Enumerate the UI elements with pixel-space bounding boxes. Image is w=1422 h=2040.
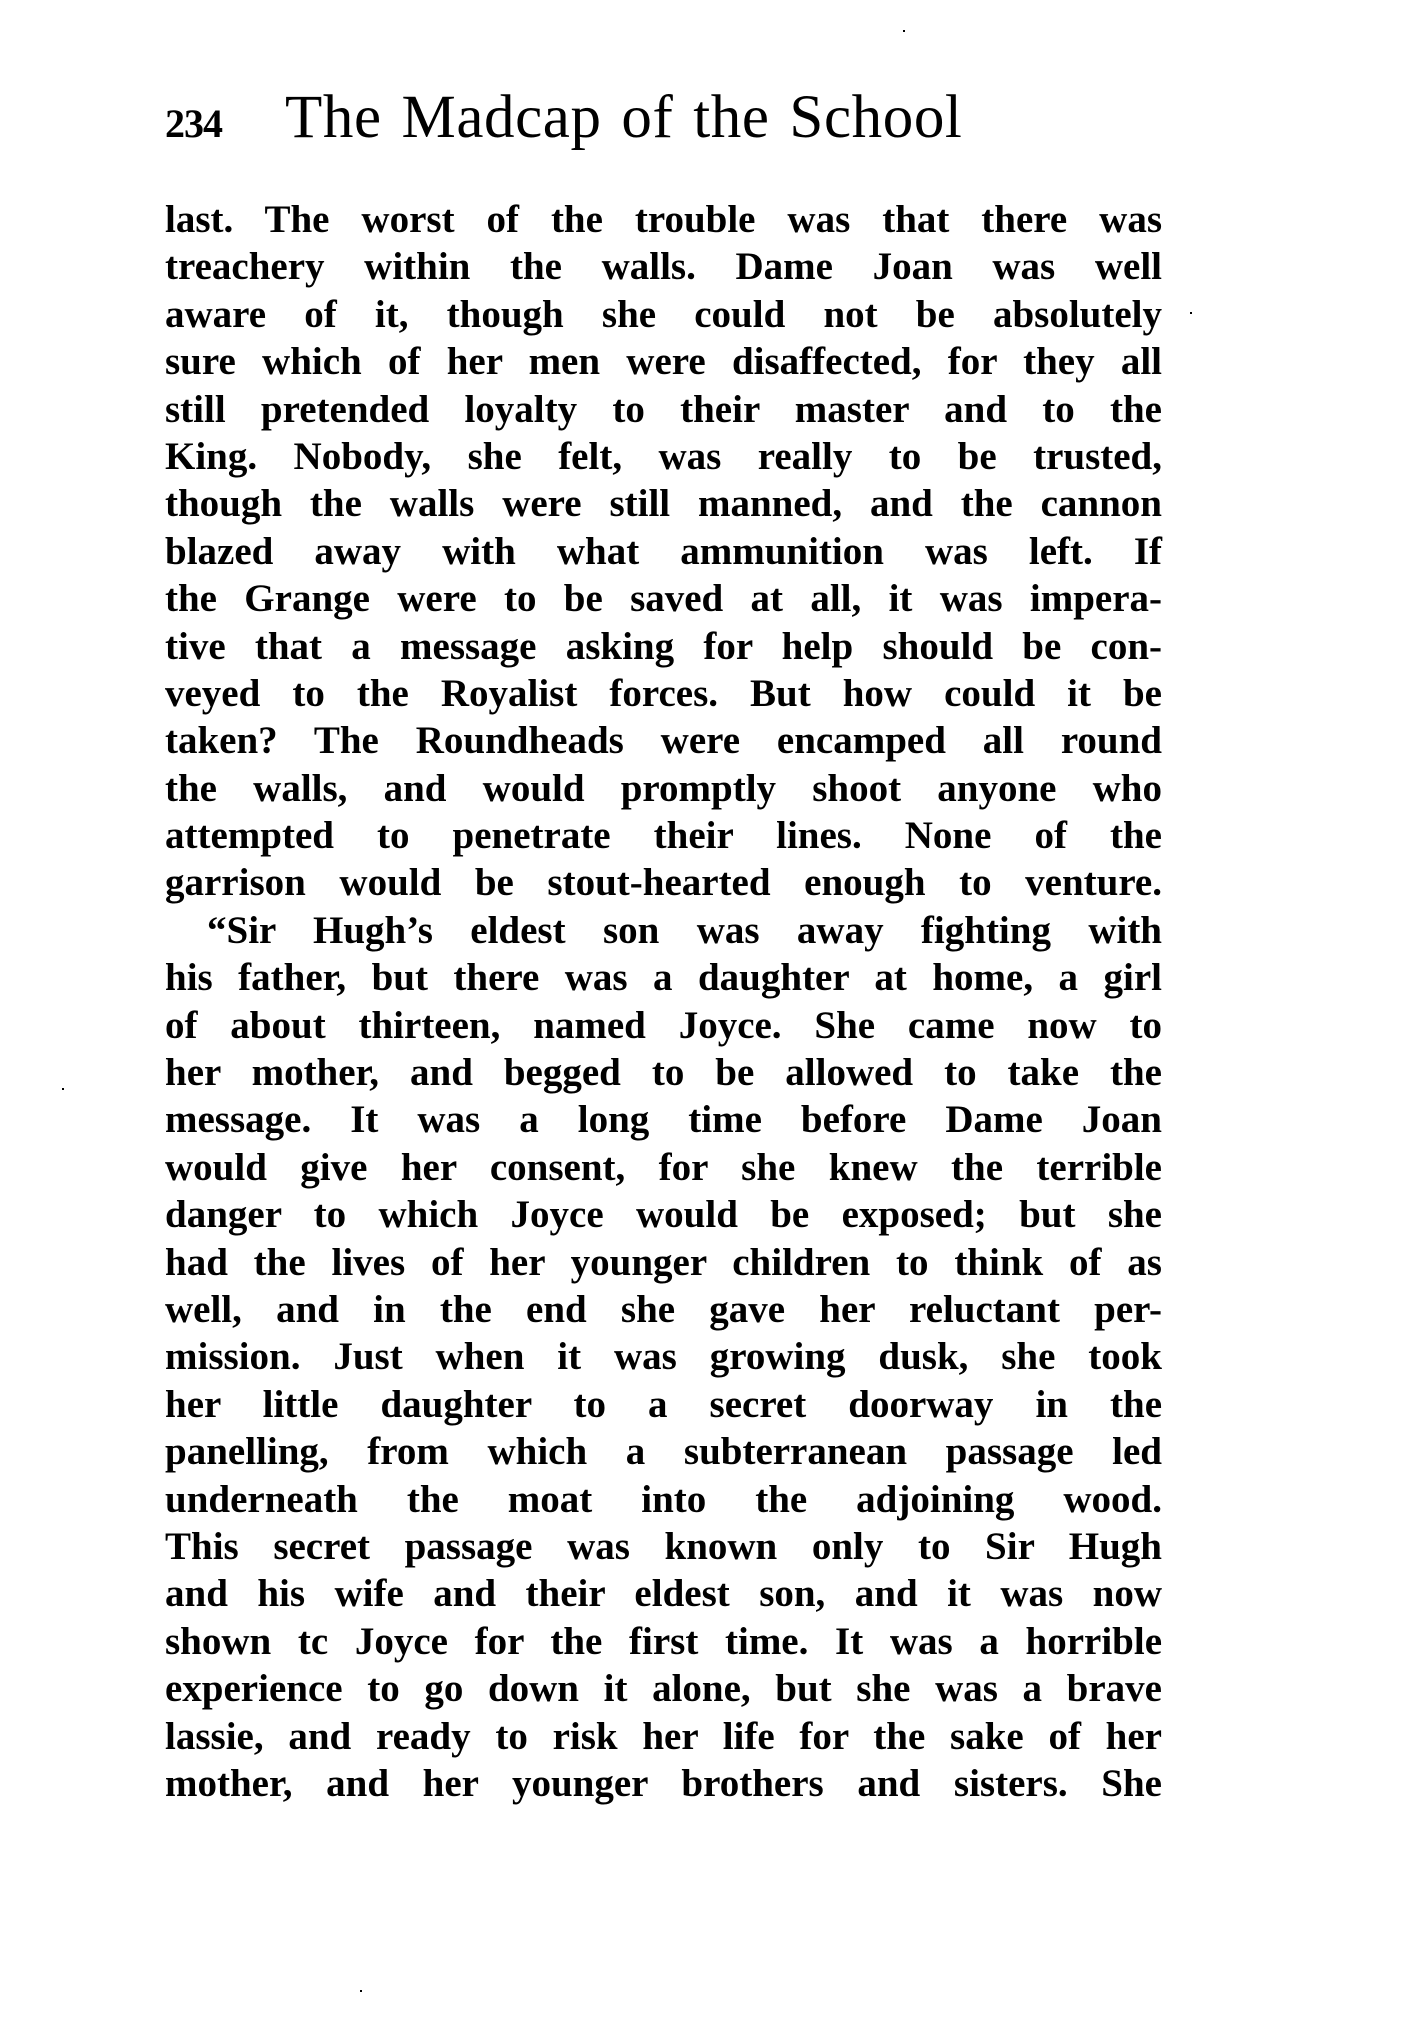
- text-line: her mother, and begged to be allowed to …: [165, 1049, 1162, 1096]
- text-line: still pretended loyalty to their master …: [165, 386, 1162, 433]
- text-line: though the walls were still manned, and …: [165, 480, 1162, 527]
- text-line: King. Nobody, she felt, was really to be…: [165, 433, 1162, 480]
- text-line: garrison would be stout-hearted enough t…: [165, 859, 1162, 906]
- scan-speck: [360, 1990, 362, 1992]
- text-line: message. It was a long time before Dame …: [165, 1096, 1162, 1143]
- book-title: The Madcap of the School: [285, 86, 962, 150]
- text-line: the Grange were to be saved at all, it w…: [165, 575, 1162, 622]
- scan-speck: [62, 1088, 64, 1090]
- scan-speck: [1190, 312, 1192, 314]
- text-line: mother, and her younger brothers and sis…: [165, 1760, 1162, 1807]
- text-line: veyed to the Royalist forces. But how co…: [165, 670, 1162, 717]
- text-line: of about thirteen, named Joyce. She came…: [165, 1002, 1162, 1049]
- text-line: his father, but there was a daughter at …: [165, 954, 1162, 1001]
- text-line: blazed away with what ammunition was lef…: [165, 528, 1162, 575]
- text-line: aware of it, though she could not be abs…: [165, 291, 1162, 338]
- book-page: 234 The Madcap of the School last. The w…: [0, 0, 1422, 2040]
- scan-speck: [903, 30, 905, 32]
- running-head: 234 The Madcap of the School: [165, 88, 1065, 158]
- text-line: treachery within the walls. Dame Joan wa…: [165, 243, 1162, 290]
- text-line: last. The worst of the trouble was that …: [165, 196, 1162, 243]
- text-line: experience to go down it alone, but she …: [165, 1665, 1162, 1712]
- text-line: mission. Just when it was growing dusk, …: [165, 1333, 1162, 1380]
- page-number: 234: [165, 104, 222, 144]
- text-line: “Sir Hugh’s eldest son was away fighting…: [165, 907, 1162, 954]
- text-line: attempted to penetrate their lines. None…: [165, 812, 1162, 859]
- text-line: tive that a message asking for help shou…: [165, 623, 1162, 670]
- body-text: last. The worst of the trouble was that …: [165, 196, 1162, 1807]
- text-line: sure which of her men were disaffected, …: [165, 338, 1162, 385]
- text-line: had the lives of her younger children to…: [165, 1239, 1162, 1286]
- text-line: This secret passage was known only to Si…: [165, 1523, 1162, 1570]
- text-line: lassie, and ready to risk her life for t…: [165, 1713, 1162, 1760]
- text-line: well, and in the end she gave her reluct…: [165, 1286, 1162, 1333]
- text-line: the walls, and would promptly shoot anyo…: [165, 765, 1162, 812]
- text-line: would give her consent, for she knew the…: [165, 1144, 1162, 1191]
- text-line: and his wife and their eldest son, and i…: [165, 1570, 1162, 1617]
- text-line: taken? The Roundheads were encamped all …: [165, 717, 1162, 764]
- text-line: shown tc Joyce for the first time. It wa…: [165, 1618, 1162, 1665]
- text-line: her little daughter to a secret doorway …: [165, 1381, 1162, 1428]
- text-line: danger to which Joyce would be exposed; …: [165, 1191, 1162, 1238]
- text-line: underneath the moat into the adjoining w…: [165, 1476, 1162, 1523]
- text-line: panelling, from which a subterranean pas…: [165, 1428, 1162, 1475]
